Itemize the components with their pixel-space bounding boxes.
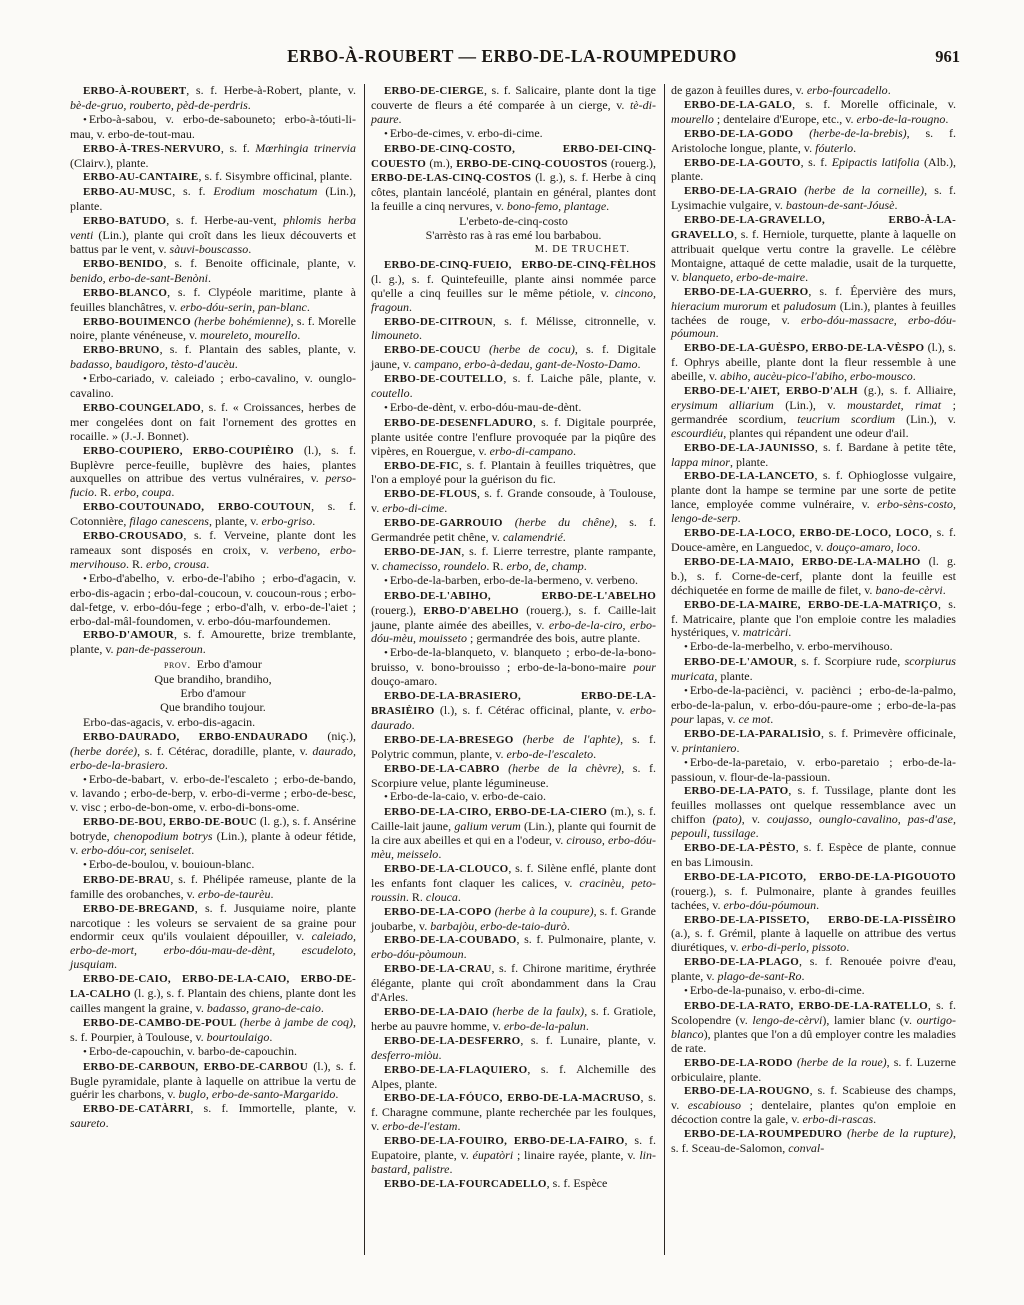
- cross-reference: •Erbo-de-boulou, v. bouioun-blanc.: [70, 858, 356, 873]
- headword: ERBO-DE-LA-BRASIERO, ERBO-DE-LA-BRASIÈIR…: [371, 690, 656, 717]
- dictionary-entry: ERBO-DE-LA-FOURCADELLO, s. f. Espèce: [371, 1177, 656, 1192]
- dictionary-entry: ERBO-DE-GARROUIO (herbe du chêne), s. f.…: [371, 516, 656, 545]
- dictionary-entry: ERBO-BENIDO, s. f. Benoite officinale, p…: [70, 257, 356, 286]
- italic-reference: éupatòri: [473, 1148, 514, 1162]
- headword: ERBO-DE-LA-FOURCADELLO: [384, 1178, 547, 1190]
- bullet-icon: •: [384, 128, 390, 142]
- dictionary-entry: ERBO-DE-CATÀRRI, s. f. Immortelle, plant…: [70, 1102, 356, 1131]
- dictionary-entry: ERBO-DE-LA-CABRO (herbe de la chèvre), s…: [371, 762, 656, 791]
- dictionary-entry: ERBO-DE-FLOUS, s. f. Grande consoude, à …: [371, 487, 656, 516]
- italic-reference: (herbe de la rupture): [847, 1126, 953, 1140]
- headword: ERBO-DE-CIERGE: [384, 85, 484, 97]
- headword: ERBO-DE-LA-FÓUCO, ERBO-DE-LA-MACRUSO: [384, 1092, 641, 1104]
- headword: ERBO-DAURADO, ERBO-ENDAURADO: [83, 731, 308, 743]
- italic-reference: tè-di-paure: [371, 98, 656, 126]
- headword: ERBO-DE-LA-CLOUCO: [384, 863, 508, 875]
- dictionary-entry: ERBO-DE-LA-JAUNISSO, s. f. Bardane à pet…: [671, 441, 956, 470]
- dictionary-entry: ERBO-DE-CITROUN, s. f. Mélisse, citronne…: [371, 315, 656, 344]
- italic-reference: (pato): [712, 812, 741, 826]
- headword: ERBO-AU-CANTAIRE: [83, 171, 198, 183]
- cross-reference: •Erbo-de-la-caio, v. erbo-de-caio.: [371, 790, 656, 805]
- headword: ERBO-DE-CAMBO-DE-POUL: [83, 1017, 236, 1029]
- verse-line: Que brandiho, brandiho,: [70, 673, 356, 687]
- dictionary-entry: ERBO-DE-LA-PÈSTO, s. f. Espèce de plante…: [671, 841, 956, 870]
- italic-reference: erbo-di-perlo, pissoto: [742, 940, 847, 954]
- italic-reference: hieracium murorum: [671, 299, 768, 313]
- headword: ERBO-DE-LA-GRAIO: [684, 185, 797, 197]
- bullet-icon: •: [83, 114, 89, 128]
- italic-reference: erbo-dóu-cor, seniselet: [81, 843, 191, 857]
- headword: ERBO-DE-LA-RODO: [684, 1057, 793, 1069]
- dictionary-entry: ERBO-DE-LA-GUÈSPO, ERBO-DE-LA-VÈSPO (l.)…: [671, 341, 956, 384]
- headword: ERBO-À-ROUBERT: [83, 85, 186, 97]
- italic-reference: escabiouso: [688, 1098, 741, 1112]
- italic-reference: erbo-sèns-costo, lengo-de-serp: [671, 497, 956, 525]
- headword: ERBO-DE-BOU, ERBO-DE-BOUC: [83, 816, 257, 828]
- dictionary-entry: ERBO-DE-CAIO, ERBO-DE-LA-CAIO, ERBO-DE-L…: [70, 972, 356, 1016]
- italic-reference: Mœrhingia trinervia: [255, 141, 356, 155]
- italic-reference: chamecisso, roundelo: [382, 559, 486, 573]
- dictionary-entry: ERBO-COUTOUNADO, ERBO-COUTOUN, s. f. Cot…: [70, 500, 356, 529]
- dictionary-entry: ERBO-DE-LA-FÓUCO, ERBO-DE-LA-MACRUSO, s.…: [371, 1091, 656, 1134]
- headword: ERBO-DE-LA-GODO: [684, 128, 793, 140]
- headword: ERBO-DE-CINQ-COUOSTOS: [456, 158, 607, 170]
- verse-line: Erbo d'amour: [70, 687, 356, 701]
- italic-reference: sàuvi-bouscasso: [170, 242, 249, 256]
- italic-reference: ce mot: [739, 712, 771, 726]
- dictionary-entry: ERBO-DE-LA-GALO, s. f. Morelle officinal…: [671, 98, 956, 127]
- dictionary-entry: ERBO-DE-LA-MAIRE, ERBO-DE-LA-MATRIÇO, s.…: [671, 598, 956, 641]
- italic-reference: lin-bastard, palistre: [371, 1148, 656, 1176]
- headword: ERBO-DE-LA-JAUNISSO: [684, 442, 815, 454]
- dictionary-entry: ERBO-À-ROUBERT, s. f. Herbe-à-Robert, pl…: [70, 84, 356, 113]
- bullet-icon: •: [83, 373, 89, 387]
- verse-line: prov.Erbo d'amour: [70, 658, 356, 673]
- running-head: ERBO-À-ROUBERT — ERBO-DE-LA-ROUMPEDURO 9…: [62, 46, 962, 72]
- italic-reference: (herbe à la coupure): [495, 904, 594, 918]
- bullet-icon: •: [684, 685, 690, 699]
- italic-reference: erbo-dóu-pòumoun: [371, 947, 464, 961]
- headword: ERBO-BENIDO: [83, 258, 163, 270]
- headword: ERBO-DE-LA-PICOTO, ERBO-DE-LA-PIGOUOTO: [684, 871, 956, 883]
- italic-reference: plago-de-sant-Ro: [718, 969, 802, 983]
- dictionary-entry: ERBO-DE-LA-GOUTO, s. f. Epipactis latifo…: [671, 156, 956, 185]
- dictionary-entry: ERBO-DE-LA-CLOUCO, s. f. Silène enflé, p…: [371, 862, 656, 905]
- headword: ERBO-DE-LA-MAIO, ERBO-DE-LA-MALHO: [684, 556, 921, 568]
- headword: ERBO-DE-CITROUN: [384, 316, 493, 328]
- italic-reference: mourello: [671, 112, 714, 126]
- headword: ERBO-DE-LA-CRAU: [384, 963, 492, 975]
- headword: ERBO-DE-LA-DESFERRO: [384, 1035, 520, 1047]
- dictionary-entry: ERBO-DE-FIC, s. f. Plantain à feuilles t…: [371, 459, 656, 488]
- headword: ERBO-D'AMOUR: [83, 629, 174, 641]
- italic-reference: coutello: [371, 386, 410, 400]
- italic-reference: erbo-dóu-póumoun: [724, 898, 817, 912]
- headword: ERBO-DE-LA-FOUIRO, ERBO-DE-LA-FAIRO: [384, 1135, 625, 1147]
- dictionary-entry: ERBO-D'AMOUR, s. f. Amourette, brize tre…: [70, 628, 356, 657]
- italic-reference: (herbe dorée): [70, 744, 137, 758]
- headword: ERBO-DE-LA-CIRO, ERBO-DE-LA-CIERO: [384, 806, 607, 818]
- dictionary-entry: ERBO-BOUIMENCO (herbe bohémienne), s. f.…: [70, 315, 356, 344]
- dictionary-entry: ERBO-BLANCO, s. f. Clypéole maritime, pl…: [70, 286, 356, 315]
- italic-reference: bourtoulaigo: [207, 1030, 270, 1044]
- headword: ERBO-DE-LA-ROUMPEDURO: [684, 1128, 842, 1140]
- italic-reference: (herbe de la roue): [797, 1055, 887, 1069]
- italic-reference: bono-femo, plantage: [507, 199, 606, 213]
- cross-reference: •Erbo-de-la-barben, erbo-de-la-bermeno, …: [371, 574, 656, 589]
- cross-reference: •Erbo-à-sabou, v. erbo-de-sabouneto; erb…: [70, 113, 356, 142]
- headword: ERBO-DE-L'AMOUR: [684, 656, 794, 668]
- italic-reference: (herbe de cocu): [489, 342, 575, 356]
- headword: ERBO-DE-LA-GRAVELLO, ERBO-À-LA-GRAVELLO: [671, 214, 956, 241]
- headword: ERBO-DE-LA-PATO: [684, 785, 788, 797]
- italic-reference: bano-de-cèrvi: [875, 583, 942, 597]
- dictionary-entry: ERBO-DE-L'ABIHO, ERBO-DE-L'ABELHO (rouer…: [371, 589, 656, 647]
- headword: ERBO-CROUSADO: [83, 530, 183, 542]
- headword: ERBO-DE-LA-COUBADO: [384, 934, 517, 946]
- bullet-icon: •: [384, 402, 390, 416]
- dictionary-entry: ERBO-CROUSADO, s. f. Verveine, plante do…: [70, 529, 356, 572]
- italic-reference: pour: [633, 660, 656, 674]
- italic-reference: pour: [671, 712, 694, 726]
- column-3: de gazon à feuilles dures, v. erbo-fourc…: [664, 84, 964, 1255]
- headword: ERBO-DE-BRAU: [83, 874, 170, 886]
- headword: ERBO-D'ABELHO: [423, 605, 519, 617]
- bullet-icon: •: [684, 757, 690, 771]
- cross-reference: •Erbo-d'abelho, v. erbo-de-l'abiho ; erb…: [70, 572, 356, 629]
- headword: ERBO-DE-LA-MAIRE, ERBO-DE-LA-MATRIÇO: [684, 599, 938, 611]
- dictionary-entry: ERBO-COUPIERO, ERBO-COUPIÈIRO (l.), s. f…: [70, 444, 356, 501]
- dictionary-entry: ERBO-DE-LA-GODO (herbe-de-la-brebis), s.…: [671, 127, 956, 156]
- italic-reference: moustardet, rimat: [847, 398, 941, 412]
- italic-reference: Epipactis latifolia: [832, 155, 920, 169]
- dictionary-entry: ERBO-DE-L'AMOUR, s. f. Scorpiure rude, s…: [671, 655, 956, 684]
- headword: ERBO-AU-MUSC: [83, 186, 172, 198]
- dictionary-entry: ERBO-DE-LA-DAIO (herbe de la faulx), s. …: [371, 1005, 656, 1034]
- bullet-icon: •: [684, 641, 690, 655]
- headword: ERBO-DE-FIC: [384, 460, 459, 472]
- cross-reference: •Erbo-de-la-blanqueto, v. blanqueto ; er…: [371, 646, 656, 689]
- bullet-icon: •: [684, 985, 690, 999]
- cross-reference: •Erbo-de-dènt, v. erbo-dóu-mau-de-dènt.: [371, 401, 656, 416]
- headword: ERBO-DE-CARBOUN, ERBO-DE-CARBOU: [83, 1061, 308, 1073]
- italic-reference: (herbe de la faulx): [492, 1004, 584, 1018]
- headword: ERBO-DE-L'ABIHO, ERBO-DE-L'ABELHO: [384, 590, 656, 602]
- verse-line: L'erbeto-de-cinq-costo: [371, 215, 656, 229]
- cross-reference: •Erbo-de-la-punaiso, v. erbo-di-cime.: [671, 984, 956, 999]
- dictionary-entry: ERBO-BATUDO, s. f. Herbe-au-vent, phlomi…: [70, 214, 356, 257]
- italic-reference: clouca: [426, 890, 458, 904]
- dictionary-entry: ERBO-DE-LA-PLAGO, s. f. Renouée poivre d…: [671, 955, 956, 984]
- italic-reference: erbo-dóu-serin, pan-blanc: [180, 300, 307, 314]
- headword: ERBO-DE-LA-GUÈSPO, ERBO-DE-LA-VÈSPO: [684, 342, 924, 354]
- italic-reference: (herbe bohémienne): [194, 314, 291, 328]
- italic-reference: (herbe-de-la-brebis): [809, 126, 907, 140]
- headword: ERBO-DE-LA-DAIO: [384, 1006, 488, 1018]
- italic-reference: erbo-di-rascas: [802, 1112, 873, 1126]
- italic-reference: chenopodium botrys: [114, 829, 213, 843]
- dictionary-page: ERBO-À-ROUBERT — ERBO-DE-LA-ROUMPEDURO 9…: [0, 0, 1024, 1305]
- dictionary-entry: ERBO-DE-LA-COUBADO, s. f. Pulmonaire, pl…: [371, 933, 656, 962]
- italic-reference: saureto: [70, 1116, 106, 1130]
- headword: ERBO-DE-LA-GUERRO: [684, 286, 808, 298]
- verse-block: L'erbeto-de-cinq-costoS'arrèsto ras à ra…: [371, 215, 656, 257]
- italic-reference: badasso, grano-de-caio: [207, 1001, 321, 1015]
- italic-reference: erbo-griso: [262, 514, 313, 528]
- italic-reference: pan-de-passeroun: [117, 642, 203, 656]
- cross-reference: •Erbo-cariado, v. caleiado ; erbo-cavali…: [70, 372, 356, 401]
- italic-reference: erysimum alliarium: [671, 398, 774, 412]
- italic-reference: (herbe du chêne): [515, 515, 614, 529]
- headword: ERBO-DE-DESENFLADURO: [384, 417, 533, 429]
- italic-reference: erbo-fourcadello: [807, 84, 888, 97]
- dictionary-entry: ERBO-DE-BRAU, s. f. Phélipée rameuse, pl…: [70, 873, 356, 902]
- italic-reference: erbo-di-cime: [382, 501, 444, 515]
- verse-line: S'arrèsto ras à ras emé lou barbabou.: [371, 229, 656, 243]
- italic-reference: erbo-de-la-ciro, erbo-dóu-mèu, mouisseto: [371, 618, 656, 646]
- cross-reference: •Erbo-de-capouchin, v. barbo-de-capouchi…: [70, 1045, 356, 1060]
- cross-reference: •Erbo-de-babart, v. erbo-de-l'escaleto ;…: [70, 773, 356, 816]
- italic-reference: benido, erbo-de-sant-Benòni: [70, 271, 208, 285]
- bullet-icon: •: [83, 573, 89, 587]
- headword: ERBO-BATUDO: [83, 215, 166, 227]
- italic-reference: erbo-de-la-rougno: [857, 112, 946, 126]
- dictionary-entry: ERBO-DE-L'AIET, ERBO-D'ALH (g.), s. f. A…: [671, 384, 956, 441]
- dictionary-entry: ERBO-DE-LA-PATO, s. f. Tussilage, plante…: [671, 784, 956, 841]
- italic-reference: abiho, aucèu-pico-l'abiho, erbo-mousco: [720, 369, 913, 383]
- verse-block: prov.Erbo d'amourQue brandiho, brandiho,…: [70, 658, 356, 715]
- headword: ERBO-DE-GARROUIO: [384, 517, 503, 529]
- dictionary-entry: ERBO-DE-CINQ-FUEIO, ERBO-DE-CINQ-FÈLHOS …: [371, 258, 656, 315]
- cross-reference: •Erbo-de-la-paciènci, v. paciènci ; erbo…: [671, 684, 956, 727]
- dictionary-entry: ERBO-DE-LA-CIRO, ERBO-DE-LA-CIERO (m.), …: [371, 805, 656, 862]
- dictionary-entry: ERBO-DE-LA-COPO (herbe à la coupure), s.…: [371, 905, 656, 934]
- italic-reference: (herbe de la chèvre): [508, 761, 621, 775]
- dictionary-entry: ERBO-DE-CINQ-COSTO, ERBO-DEI-CINQ-COUEST…: [371, 142, 656, 215]
- dictionary-entry: ERBO-AU-CANTAIRE, s. f. Sisymbre officin…: [70, 170, 356, 185]
- headword: ERBO-DE-LA-PLAGO: [684, 956, 799, 968]
- bullet-icon: •: [83, 1046, 89, 1060]
- dictionary-entry: ERBO-DE-LA-PICOTO, ERBO-DE-LA-PIGOUOTO (…: [671, 870, 956, 913]
- italic-reference: filago canescens: [129, 514, 209, 528]
- column-2: ERBO-DE-CIERGE, s. f. Salicaire, plante …: [364, 84, 664, 1255]
- headword: ERBO-DE-LA-COPO: [384, 906, 492, 918]
- italic-reference: blanqueto, erbo-de-maire: [682, 270, 805, 284]
- dictionary-entry: ERBO-DE-COUTELLO, s. f. Laiche pâle, pla…: [371, 372, 656, 401]
- italic-reference: erbo-de-taurèu: [198, 887, 271, 901]
- headword: ERBO-COUTOUNADO, ERBO-COUTOUN: [83, 501, 311, 513]
- column-1: ERBO-À-ROUBERT, s. f. Herbe-à-Robert, pl…: [64, 84, 364, 1255]
- verse-attribution: M. DE TRUCHET.: [371, 243, 656, 257]
- italic-reference: verbeno, erbo-mervihouso: [70, 543, 356, 571]
- bullet-icon: •: [384, 575, 390, 589]
- headword: ERBO-DE-LA-ROUGNO: [684, 1085, 810, 1097]
- headword: ERBO-DE-LA-GOUTO: [684, 157, 801, 169]
- headword: ERBO-COUNGELADO: [83, 402, 201, 414]
- italic-reference: desferro-miòu: [371, 1048, 439, 1062]
- italic-reference: erbo-de-l'estam: [382, 1119, 457, 1133]
- headword: ERBO-DE-LA-LOCO, ERBO-DE-LOCO, LOCO: [684, 527, 929, 539]
- dictionary-entry: ERBO-AU-MUSC, s. f. Erodium moschatum (L…: [70, 185, 356, 214]
- italic-reference: bè-de-gruo, rouberto, pèd-de-perdris: [70, 98, 248, 112]
- italic-reference: galium verum: [454, 819, 521, 833]
- headword: ERBO-DE-LA-CABRO: [384, 763, 500, 775]
- dictionary-entry: ERBO-DE-LA-PISSETO, ERBO-DE-LA-PISSÈIRO …: [671, 913, 956, 956]
- dictionary-entry: ERBO-DE-CARBOUN, ERBO-DE-CARBOU (l.), s.…: [70, 1060, 356, 1103]
- italic-reference: barbajòu, erbo-de-taio-durò: [430, 919, 567, 933]
- italic-reference: Erodium moschatum: [213, 184, 317, 198]
- dictionary-entry: ERBO-DE-BOU, ERBO-DE-BOUC (l. g.), s. f.…: [70, 815, 356, 858]
- plain-text: Erbo-das-agacis, v. erbo-dis-agacin.: [70, 716, 356, 730]
- headword: ERBO-DE-LA-LANCETO: [684, 470, 815, 482]
- dictionary-entry: ERBO-DE-JAN, s. f. Lierre terrestre, pla…: [371, 545, 656, 574]
- cross-reference: •Erbo-de-la-merbelho, v. erbo-mervihouso…: [671, 640, 956, 655]
- italic-reference: erbo-de-la-palun: [504, 1019, 586, 1033]
- headword: ERBO-DE-FLOUS: [384, 488, 477, 500]
- headword: ERBO-COUPIERO, ERBO-COUPIÈIRO: [83, 445, 294, 457]
- italic-reference: (herbe de la corneille): [804, 183, 924, 197]
- italic-reference: fóuterlo: [815, 141, 853, 155]
- headword: ERBO-DE-LA-BRESEGO: [384, 734, 514, 746]
- dictionary-entry: ERBO-DE-COUCU (herbe de cocu), s. f. Dig…: [371, 343, 656, 372]
- proverb-label: prov.: [164, 659, 191, 671]
- italic-reference: cincono, fragoun: [371, 286, 656, 314]
- italic-reference: calamendrié: [503, 530, 563, 544]
- headword: ERBO-DE-JAN: [384, 546, 461, 558]
- dictionary-entry: ERBO-À-TRES-NERVURO, s. f. Mœrhingia tri…: [70, 142, 356, 171]
- bullet-icon: •: [384, 791, 390, 805]
- dictionary-entry: ERBO-DAURADO, ERBO-ENDAURADO (niç.), (he…: [70, 730, 356, 773]
- italic-reference: matricàri: [743, 625, 788, 639]
- dictionary-entry: ERBO-DE-LA-BRASIERO, ERBO-DE-LA-BRASIÈIR…: [371, 689, 656, 733]
- italic-reference: cirouso, erbo-dóu-mèu, meisselo: [371, 833, 656, 861]
- italic-reference: caleiado, erbo-de-mort, erbo-dóu-mau-de-…: [70, 929, 356, 971]
- dictionary-entry: ERBO-DE-CIERGE, s. f. Salicaire, plante …: [371, 84, 656, 127]
- dictionary-entry: ERBO-DE-LA-LOCO, ERBO-DE-LOCO, LOCO, s. …: [671, 526, 956, 555]
- dictionary-entry: ERBO-DE-LA-BRESEGO (herbe de l'aphte), s…: [371, 733, 656, 762]
- continuation-text: de gazon à feuilles dures, v. erbo-fourc…: [671, 84, 956, 98]
- italic-reference: erbo, crousa: [146, 557, 206, 571]
- dictionary-entry: ERBO-DE-LA-GRAIO (herbe de la corneille)…: [671, 184, 956, 213]
- headword: ERBO-DE-LA-PARALISÌO: [684, 728, 821, 740]
- italic-reference: erbo-dóu-massacre, erbo-dóu-póumoun: [671, 313, 956, 341]
- cross-reference: •Erbo-de-cimes, v. erbo-di-cime.: [371, 127, 656, 142]
- dictionary-entry: ERBO-DE-DESENFLADURO, s. f. Digitale pou…: [371, 416, 656, 459]
- headword: ERBO-DE-LA-FLAQUIERO: [384, 1064, 527, 1076]
- dictionary-entry: ERBO-DE-LA-LANCETO, s. f. Ophioglosse vu…: [671, 469, 956, 526]
- dictionary-entry: ERBO-DE-LA-RATO, ERBO-DE-LA-RATELLO, s. …: [671, 999, 956, 1056]
- headword: ERBO-DE-LAS-CINQ-COSTOS: [371, 172, 531, 184]
- dictionary-entry: ERBO-DE-LA-RODO (herbe de la roue), s. f…: [671, 1056, 956, 1085]
- dictionary-entry: ERBO-DE-CAMBO-DE-POUL (herbe à jambe de …: [70, 1016, 356, 1045]
- dictionary-entry: ERBO-DE-LA-ROUMPEDURO (herbe de la ruptu…: [671, 1127, 956, 1156]
- dictionary-entry: ERBO-DE-LA-MAIO, ERBO-DE-LA-MALHO (l. g.…: [671, 555, 956, 598]
- headword: ERBO-DE-LA-RATO, ERBO-DE-LA-RATELLO: [684, 1000, 928, 1012]
- dictionary-entry: ERBO-BRUNO, s. f. Plantain des sables, p…: [70, 343, 356, 372]
- dictionary-entry: ERBO-DE-LA-ROUGNO, s. f. Scabieuse des c…: [671, 1084, 956, 1127]
- italic-reference: perso-fucio: [70, 471, 356, 499]
- cross-reference: •Erbo-de-la-paretaio, v. erbo-paretaio ;…: [671, 756, 956, 785]
- headword: ERBO-DE-CATÀRRI: [83, 1103, 190, 1115]
- bullet-icon: •: [384, 647, 390, 661]
- italic-reference: moureleto, mourello: [200, 328, 297, 342]
- headword: ERBO-BRUNO: [83, 344, 160, 356]
- headword: ERBO-DE-CINQ-FUEIO, ERBO-DE-CINQ-FÈLHOS: [384, 259, 656, 271]
- verse-line: Que brandiho toujour.: [70, 701, 356, 715]
- dictionary-entry: ERBO-DE-LA-DESFERRO, s. f. Lunaire, plan…: [371, 1034, 656, 1063]
- italic-reference: buglo, erbo-de-santo-Margarido: [179, 1087, 336, 1101]
- headword: ERBO-DE-LA-GALO: [684, 99, 792, 111]
- dictionary-entry: ERBO-DE-LA-GRAVELLO, ERBO-À-LA-GRAVELLO,…: [671, 213, 956, 285]
- headword: ERBO-DE-LA-PÈSTO: [684, 842, 796, 854]
- italic-reference: lengo-de-cèrvi: [752, 1013, 822, 1027]
- italic-reference: teucrium scordium: [797, 412, 895, 426]
- dictionary-entry: ERBO-DE-LA-FOUIRO, ERBO-DE-LA-FAIRO, s. …: [371, 1134, 656, 1177]
- headword: ERBO-DE-LA-PISSETO, ERBO-DE-LA-PISSÈIRO: [684, 914, 956, 926]
- headword: ERBO-À-TRES-NERVURO: [83, 143, 221, 155]
- headword: ERBO-DE-COUTELLO: [384, 373, 503, 385]
- italic-reference: (herbe de l'aphte): [523, 732, 620, 746]
- italic-reference: erbo, de, champ: [506, 559, 583, 573]
- dictionary-entry: ERBO-DE-LA-CRAU, s. f. Chirone maritime,…: [371, 962, 656, 1005]
- italic-reference: cracinèu, peto-roussin: [371, 876, 656, 904]
- dictionary-entry: ERBO-DE-LA-PARALISÌO, s. f. Primevère of…: [671, 727, 956, 756]
- bullet-icon: •: [83, 859, 89, 873]
- italic-reference: erbo, coupa: [114, 485, 171, 499]
- italic-reference: paludosum: [783, 299, 836, 313]
- headword: ERBO-DE-CAIO, ERBO-DE-LA-CAIO, ERBO-DE-L…: [70, 973, 356, 1000]
- italic-reference: (herbe à jambe de coq): [240, 1015, 353, 1029]
- italic-reference: erbo-di-campano: [490, 444, 573, 458]
- page-title: ERBO-À-ROUBERT — ERBO-DE-LA-ROUMPEDURO: [62, 46, 962, 67]
- italic-reference: bastoun-de-sant-Jóusè: [786, 198, 895, 212]
- dictionary-entry: ERBO-DE-LA-GUERRO, s. f. Épervière des m…: [671, 285, 956, 342]
- text-columns: ERBO-À-ROUBERT, s. f. Herbe-à-Robert, pl…: [64, 84, 964, 1255]
- italic-reference: lappa minor: [671, 455, 730, 469]
- headword: ERBO-DE-L'AIET, ERBO-D'ALH: [684, 385, 858, 397]
- bullet-icon: •: [83, 774, 89, 788]
- headword: ERBO-DE-BREGAND: [83, 903, 195, 915]
- italic-reference: conval-: [788, 1141, 824, 1155]
- headword: ERBO-DE-COUCU: [384, 344, 481, 356]
- page-number: 961: [935, 47, 960, 67]
- italic-reference: printaniero: [682, 741, 736, 755]
- dictionary-entry: ERBO-DE-BREGAND, s. f. Jusquiame noire, …: [70, 902, 356, 973]
- dictionary-entry: ERBO-DE-LA-FLAQUIERO, s. f. Alchemille d…: [371, 1063, 656, 1092]
- italic-reference: douço-amaro, loco: [826, 540, 917, 554]
- italic-reference: limouneto: [371, 328, 419, 342]
- italic-reference: escourdiéu: [671, 426, 723, 440]
- italic-reference: campano, erbo-à-dedau, gant-de-Nosto-Dam…: [414, 357, 637, 371]
- headword: ERBO-BLANCO: [83, 287, 167, 299]
- italic-reference: erbo-de-l'escaleto: [507, 747, 594, 761]
- headword: ERBO-BOUIMENCO: [83, 316, 191, 328]
- italic-reference: badasso, baudigoro, tèsto-d'aucèu: [70, 357, 235, 371]
- dictionary-entry: ERBO-COUNGELADO, s. f. « Croissances, he…: [70, 401, 356, 444]
